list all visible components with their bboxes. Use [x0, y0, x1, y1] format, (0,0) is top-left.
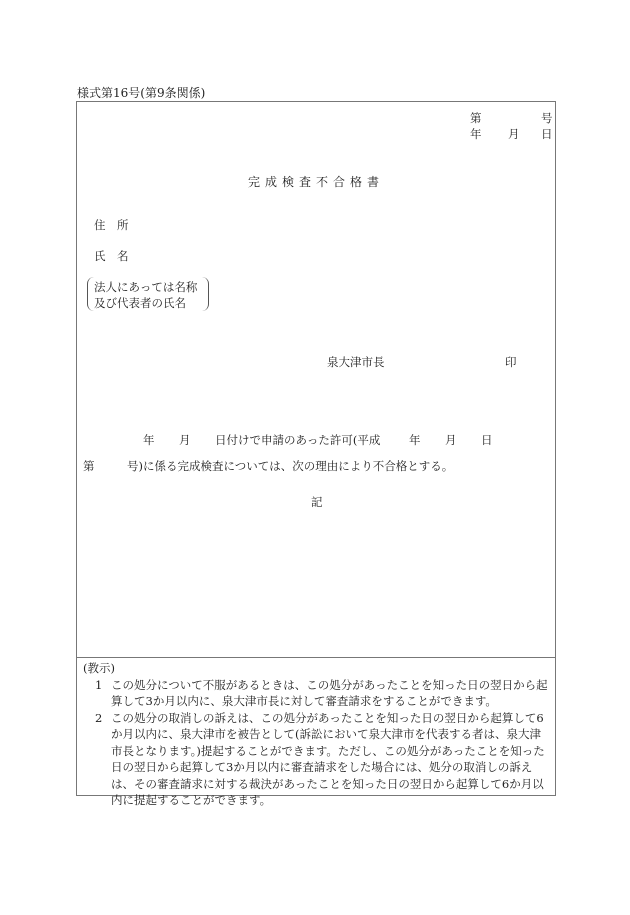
corporate-note-line1: 法人にあっては名称 — [94, 279, 197, 295]
notice-item-text: この処分の取消しの訴えは、この処分があったことを知った日の翌日から起算して6か月… — [111, 711, 545, 808]
application-year: 年 — [143, 432, 155, 448]
permit-year: 年 — [409, 432, 421, 448]
corporate-note-line2: 及び代表者の氏名 — [94, 295, 186, 311]
notice-item: 1この処分について不服があるときは、この処分があったことを知った日の翌日から起算… — [83, 677, 549, 710]
doc-number-suffix: 号 — [541, 110, 553, 126]
inspection-result-text: 号)に係る完成検査については、次の理由により不合格とする。 — [127, 458, 453, 474]
permit-month: 月 — [445, 432, 457, 448]
document-title: 完成検査不合格書 — [77, 173, 555, 190]
notice-item-text: この処分について不服があるときは、この処分があったことを知った日の翌日から起算し… — [111, 678, 548, 709]
notice-heading: (教示) — [83, 660, 549, 677]
document-frame: 第 号 年 月 日 完成検査不合格書 住 所 氏 名 法人にあっては名称 及び代… — [76, 101, 556, 796]
notice-item-number: 1 — [95, 677, 111, 694]
date-year: 年 — [470, 126, 482, 142]
doc-number-prefix: 第 — [470, 110, 482, 126]
date-month: 月 — [508, 126, 520, 142]
application-month: 月 — [179, 432, 191, 448]
issuer-name: 泉大津市長 — [327, 354, 385, 370]
notice-section: (教示) 1この処分について不服があるときは、この処分があったことを知った日の翌… — [83, 660, 549, 809]
date-day: 日 — [541, 126, 553, 142]
application-text: 日付けで申請のあった許可(平成 — [215, 432, 380, 448]
notice-item-number: 2 — [95, 710, 111, 727]
seal-mark: 印 — [505, 354, 517, 370]
permit-day: 日 — [481, 432, 493, 448]
ki-heading: 記 — [311, 494, 323, 510]
name-label: 氏 名 — [94, 248, 129, 264]
form-number-label: 様式第16号(第9条関係) — [77, 84, 205, 101]
notice-separator — [77, 657, 555, 658]
address-label: 住 所 — [94, 217, 129, 233]
permit-number-prefix: 第 — [83, 458, 95, 474]
notice-item: 2この処分の取消しの訴えは、この処分があったことを知った日の翌日から起算して6か… — [83, 710, 549, 809]
